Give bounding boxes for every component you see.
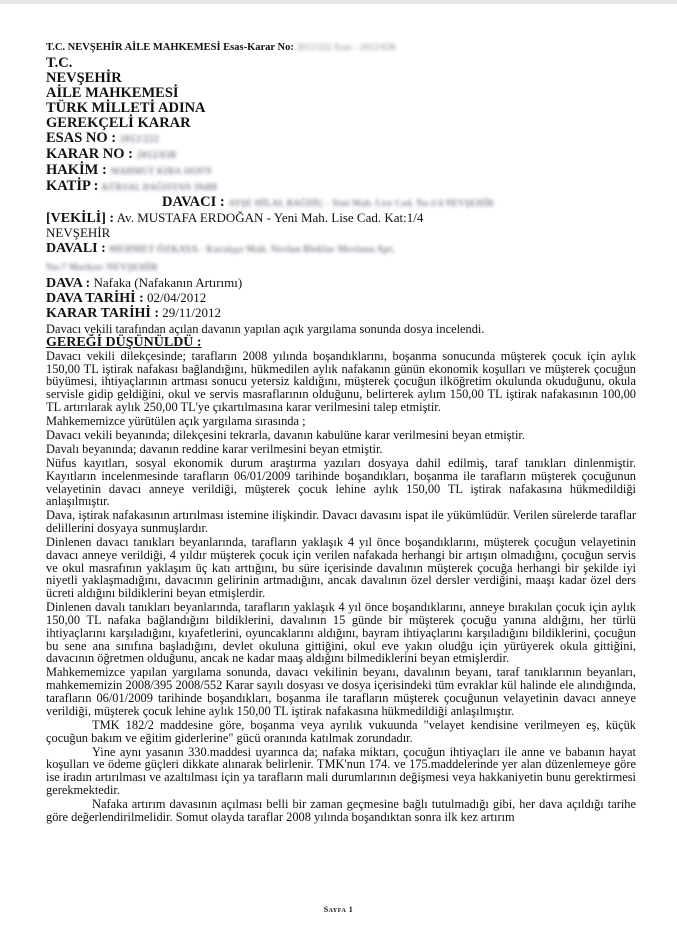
paragraph: Davacı vekili beyanında; dilekçesini tek… [46,429,636,442]
davaci-row: DAVACI : AYŞE HİLAL BAĞDİÇ - Yeni Mah. L… [46,195,636,211]
paragraph: Dinlenen davalı tanıkları beyanlarında, … [46,601,636,665]
vekili-value: Av. MUSTAFA ERDOĞAN - Yeni Mah. Lise Cad… [117,210,424,225]
karar-tarihi-row: KARAR TARİHİ : 29/11/2012 [46,306,636,321]
karar-tarihi-value: 29/11/2012 [162,305,221,320]
decision-type: GEREKÇELİ KARAR [46,116,636,131]
davali-label: DAVALI : [46,241,106,256]
hakim-row: HAKİM : MAHMUT KIRA 105979 [46,163,636,179]
vekili-label: [VEKİLİ] : [46,211,114,226]
esas-no-row: ESAS NO : 2012/222 [46,131,636,147]
davali-row: DAVALI : MEHMET ÖZKAYA - Karaişçe Mah. N… [46,240,636,258]
document-page: T.C. NEVŞEHİR AİLE MAHKEMESİ Esas-Karar … [46,40,636,824]
davaci-label: DAVACI : [162,194,225,210]
paragraph: Mahkememizce yapılan yargılama sonunda, … [46,666,636,717]
dava-row: DAVA : Nafaka (Nafakanın Artırımı) [46,276,636,291]
paragraph: Davalı beyanında; davanın reddine karar … [46,443,636,456]
esas-value: 2012/222 [120,132,159,147]
dava-value: Nafaka (Nafakanın Artırımı) [93,275,242,290]
karar-value: 2012/638 [137,148,176,163]
court-city: NEVŞEHİR [46,71,636,86]
court-tc: T.C. [46,56,636,71]
viewer-top-border [0,0,677,4]
paragraph: Nüfus kayıtları, sosyal ekonomik durum a… [46,457,636,508]
davaci-value: AYŞE HİLAL BAĞDİÇ - Yeni Mah. Lise Cad. … [228,196,494,211]
paragraph: Davacı vekili dilekçesinde; tarafların 2… [46,350,636,414]
paragraph: Dinlenen davacı tanıkları beyanlarında, … [46,536,636,600]
vekili-row: [VEKİLİ] : Av. MUSTAFA ERDOĞAN - Yeni Ma… [46,211,636,226]
dava-label: DAVA : [46,276,90,291]
indented-paragraph: Yine aynı yasanın 330.maddesi uyarınca d… [46,746,636,797]
running-header: T.C. NEVŞEHİR AİLE MAHKEMESİ Esas-Karar … [46,40,636,55]
karar-label: KARAR NO : [46,146,133,162]
vekili-city: NEVŞEHİR [46,226,636,240]
dava-tarihi-value: 02/04/2012 [147,290,206,305]
hakim-value: MAHMUT KIRA 105979 [110,164,211,179]
katip-label: KATİP : [46,178,99,194]
intro-text: Davacı vekili tarafından açılan davanın … [46,323,636,336]
redacted-case-number: 2012/222 Esas - 2012/638 [296,40,395,54]
nation-heading: TÜRK MİLLETİ ADINA [46,101,636,116]
paragraph: Dava, iştirak nafakasının artırılması is… [46,509,636,535]
hakim-label: HAKİM : [46,162,107,178]
indented-paragraph: TMK 182/2 maddesine göre, boşanma veya a… [46,719,636,745]
section-title: GEREĞİ DÜŞÜNÜLDÜ : [46,336,636,350]
body-paragraphs: Davacı vekili dilekçesinde; tarafların 2… [46,350,636,824]
esas-label: ESAS NO : [46,130,116,146]
davali-value-2: No:7 Merkez/ NEVŞEHİR [46,260,158,276]
dava-tarihi-label: DAVA TARİHİ : [46,291,144,306]
katip-row: KATİP : KÜRSAL DAĞISTAN 39488 [46,179,636,195]
katip-value: KÜRSAL DAĞISTAN 39488 [102,180,217,195]
paragraph: Mahkememizce yürütülen açık yargılama sı… [46,415,636,428]
karar-tarihi-label: KARAR TARİHİ : [46,306,159,321]
davali-value-1: MEHMET ÖZKAYA - Karaişçe Mah. Nevlan Blo… [109,242,395,258]
page-number-footer: Sayfa 1 [0,905,677,914]
dava-tarihi-row: DAVA TARİHİ : 02/04/2012 [46,291,636,306]
court-name: AİLE MAHKEMESİ [46,86,636,101]
davali-row-2: No:7 Merkez/ NEVŞEHİR [46,258,636,276]
running-header-label: T.C. NEVŞEHİR AİLE MAHKEMESİ Esas-Karar … [46,42,294,53]
karar-no-row: KARAR NO : 2012/638 [46,147,636,163]
indented-paragraph: Nafaka artırım davasının açılması belli … [46,798,636,824]
